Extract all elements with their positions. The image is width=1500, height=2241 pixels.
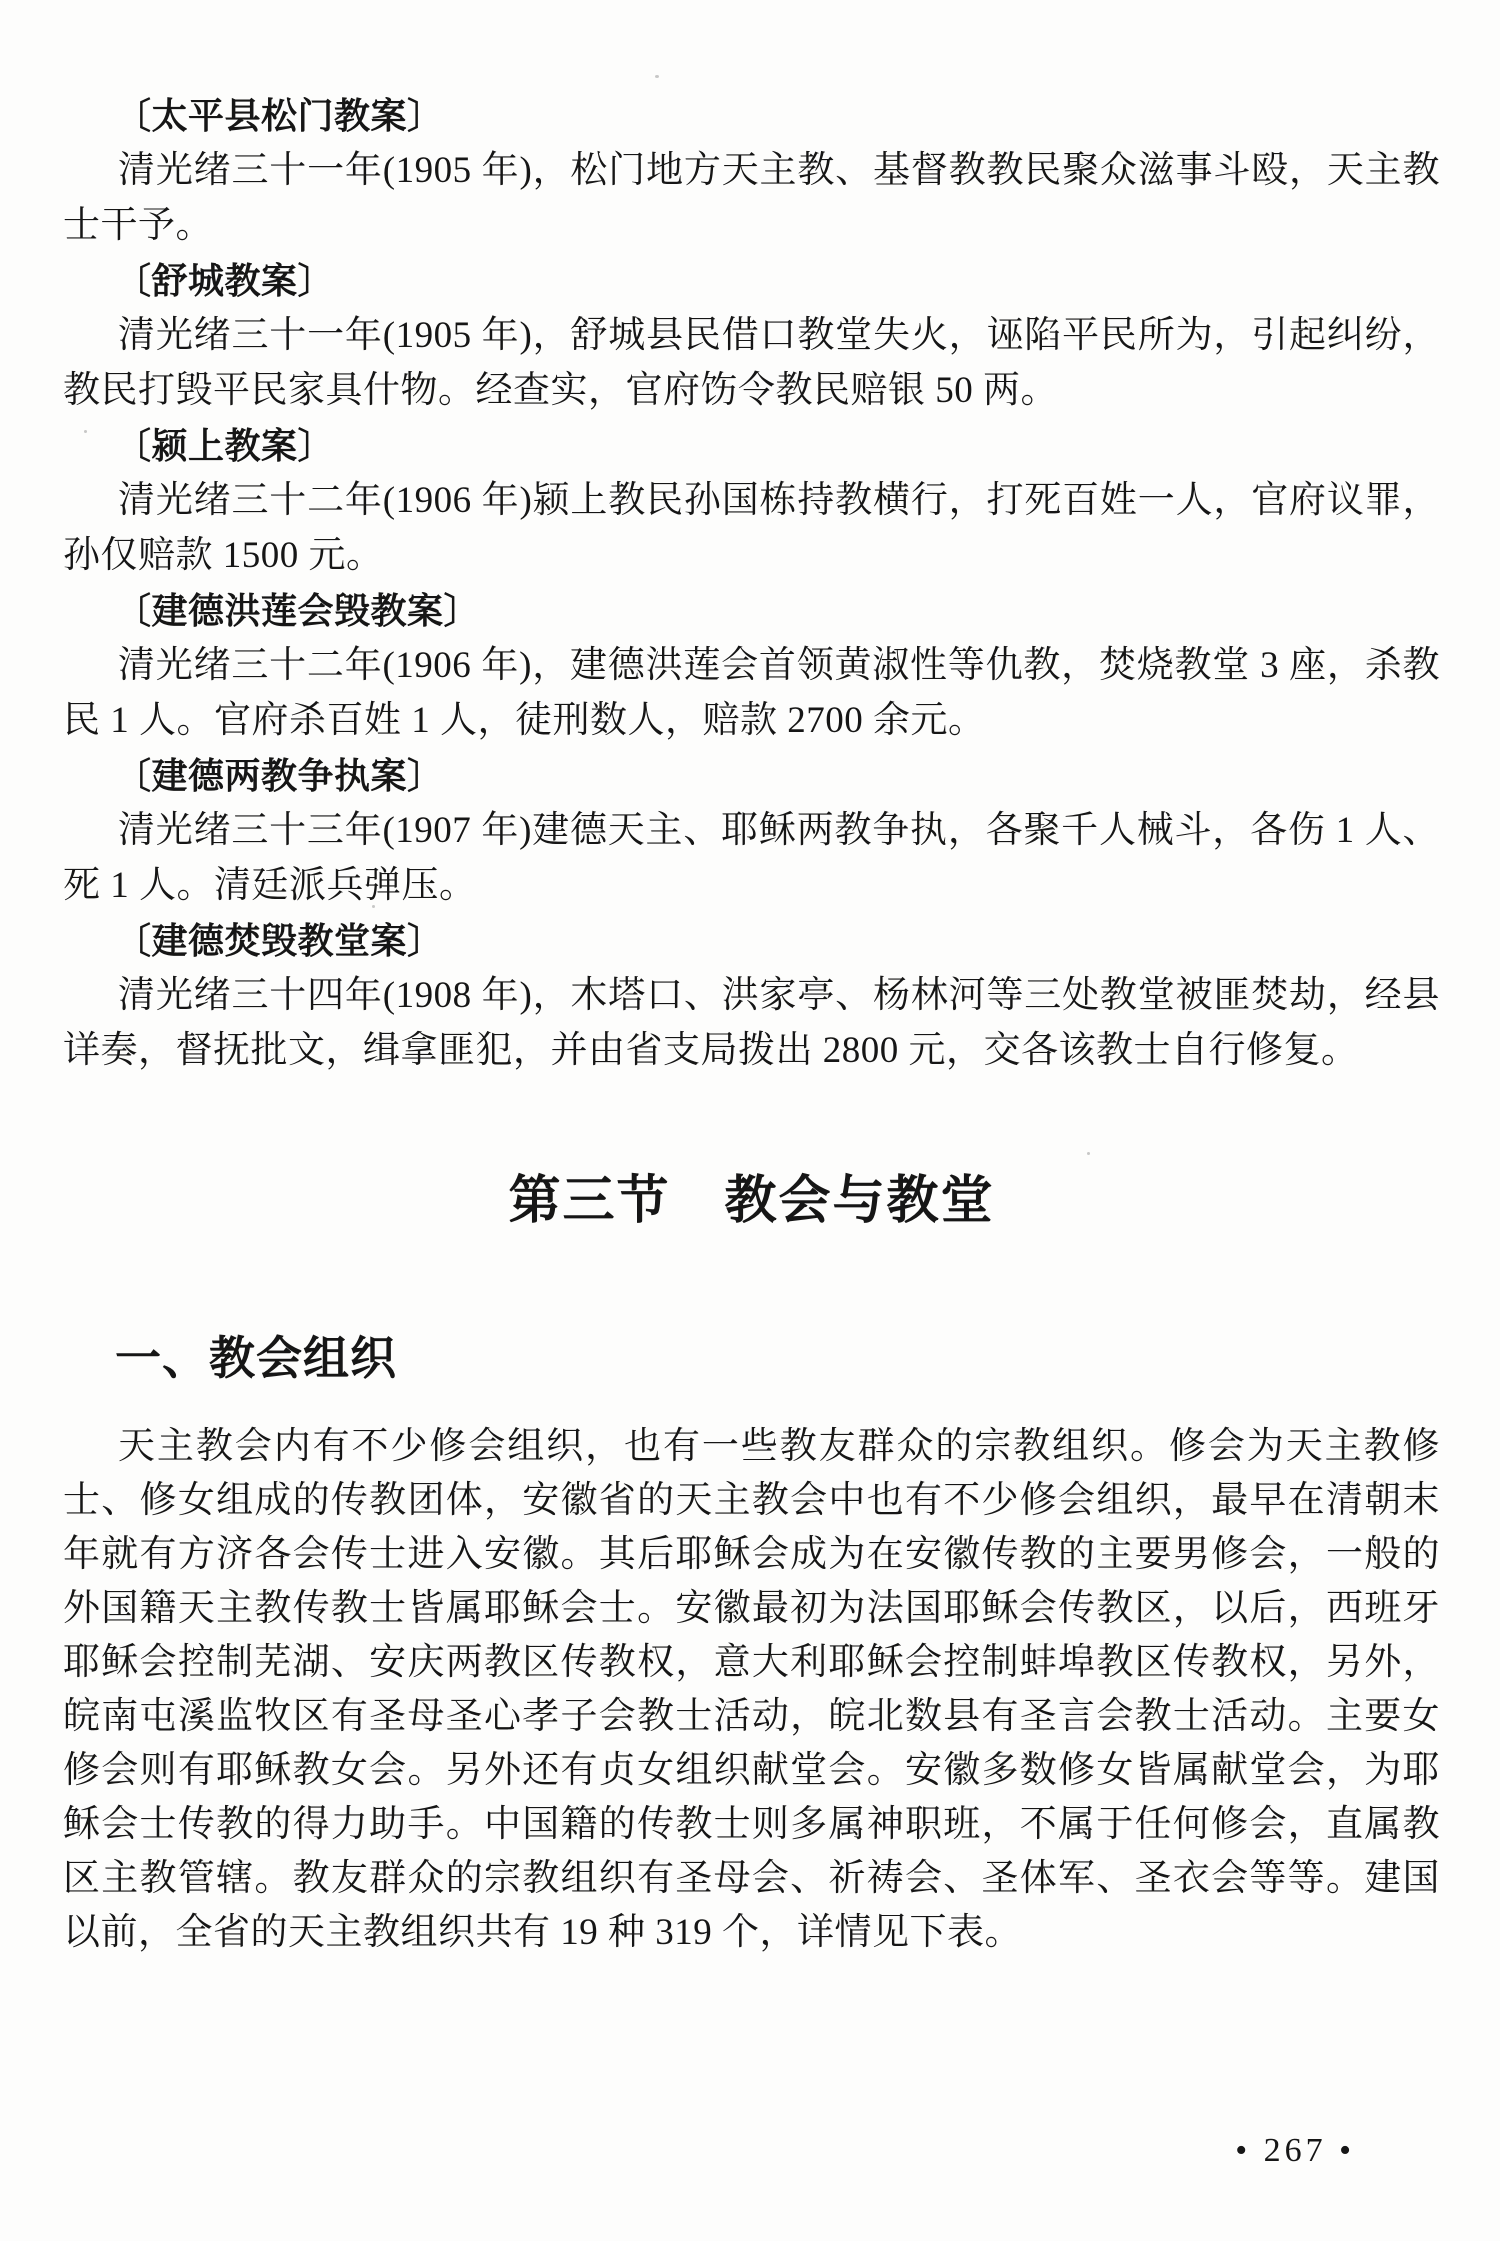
case-title: 〔太平县松门教案〕	[63, 88, 1440, 143]
case-title: 〔颍上教案〕	[63, 418, 1440, 473]
case-title: 〔舒城教案〕	[63, 253, 1440, 308]
scan-speck	[655, 75, 659, 78]
scanned-page: 〔太平县松门教案〕 清光绪三十一年(1905 年)，松门地方天主教、基督教教民聚…	[0, 0, 1500, 2241]
case-body: 清光绪三十一年(1905 年)，舒城县民借口教堂失火，诬陷平民所为，引起纠纷，教…	[63, 308, 1440, 418]
section-body: 天主教会内有不少修会组织，也有一些教友群众的宗教组织。修会为天主教修士、修女组成…	[63, 1420, 1440, 1960]
case-entry: 〔建德焚毁教堂案〕 清光绪三十四年(1908 年)，木塔口、洪家亭、杨林河等三处…	[63, 913, 1440, 1078]
case-entry: 〔颍上教案〕 清光绪三十二年(1906 年)颍上教民孙国栋持教横行，打死百姓一人…	[63, 418, 1440, 583]
case-entry: 〔太平县松门教案〕 清光绪三十一年(1905 年)，松门地方天主教、基督教教民聚…	[63, 88, 1440, 253]
scan-speck	[84, 430, 87, 433]
case-entry: 〔建德洪莲会毁教案〕 清光绪三十二年(1906 年)，建德洪莲会首领黄淑性等仇教…	[63, 583, 1440, 748]
case-body: 清光绪三十二年(1906 年)，建德洪莲会首领黄淑性等仇教，焚烧教堂 3 座，杀…	[63, 638, 1440, 748]
scan-speck	[1087, 1152, 1090, 1155]
case-body: 清光绪三十二年(1906 年)颍上教民孙国栋持教横行，打死百姓一人，官府议罪，孙…	[63, 473, 1440, 583]
case-entry: 〔建德两教争执案〕 清光绪三十三年(1907 年)建德天主、耶稣两教争执，各聚千…	[63, 748, 1440, 913]
case-entry: 〔舒城教案〕 清光绪三十一年(1905 年)，舒城县民借口教堂失火，诬陷平民所为…	[63, 253, 1440, 418]
case-body: 清光绪三十一年(1905 年)，松门地方天主教、基督教教民聚众滋事斗殴，天主教士…	[63, 143, 1440, 253]
case-body: 清光绪三十三年(1907 年)建德天主、耶稣两教争执，各聚千人械斗，各伤 1 人…	[63, 803, 1440, 913]
subsection-heading: 一、教会组织	[63, 1330, 1440, 1386]
case-title: 〔建德两教争执案〕	[63, 748, 1440, 803]
case-body: 清光绪三十四年(1908 年)，木塔口、洪家亭、杨林河等三处教堂被匪焚劫，经县详…	[63, 968, 1440, 1078]
case-title: 〔建德洪莲会毁教案〕	[63, 583, 1440, 638]
case-list: 〔太平县松门教案〕 清光绪三十一年(1905 年)，松门地方天主教、基督教教民聚…	[63, 88, 1440, 1078]
section-heading: 第三节 教会与教堂	[63, 1170, 1440, 1234]
scan-speck	[372, 905, 375, 908]
case-title: 〔建德焚毁教堂案〕	[63, 913, 1440, 968]
page-number: • 267 •	[1235, 2132, 1355, 2170]
